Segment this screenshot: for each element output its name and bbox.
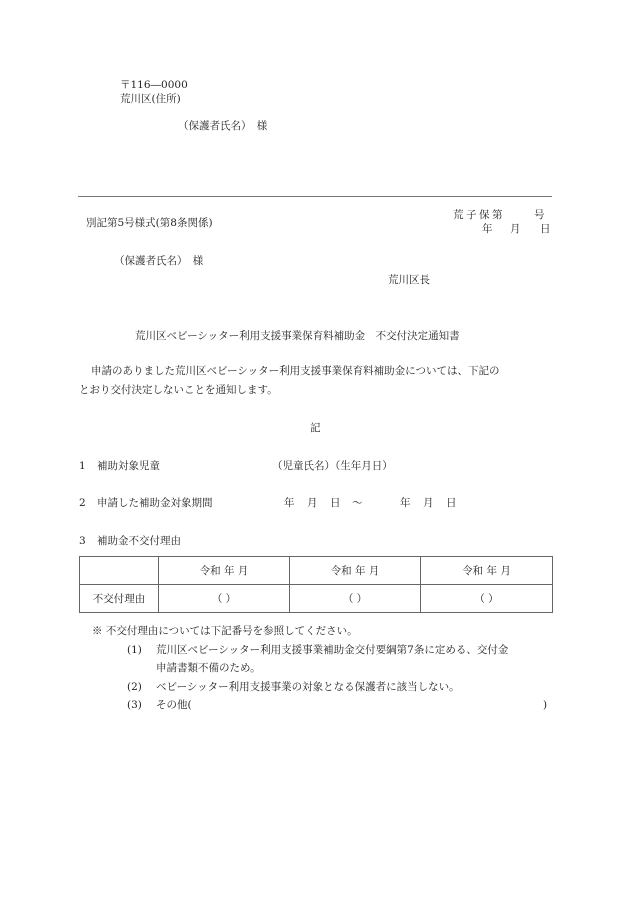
item-2-number: 2 xyxy=(79,496,86,510)
body-line-1: 申請のありました荒川区ベビーシッター利用支援事業保育料補助金については、下記の xyxy=(91,364,499,378)
note-2-text: ベビーシッター利用支援事業の対象となる保護者に該当しない。 xyxy=(156,680,460,694)
item-2-label: 申請した補助金対象期間 xyxy=(97,496,213,510)
table-cell: （ ） xyxy=(159,585,290,613)
postal-code: 〒116―0000 xyxy=(120,78,188,92)
document-number: 荒子保第号 xyxy=(453,208,545,222)
issue-date: 年月日 xyxy=(482,222,551,236)
note-1-number: (1) xyxy=(127,643,142,657)
note-3-number: (3) xyxy=(127,698,142,712)
table-header-cell: 令和 年 月 xyxy=(290,557,421,585)
cut-line-divider xyxy=(78,196,552,197)
form-label: 別記第5号様式(第8条関係) xyxy=(86,216,213,230)
recipient-name: （保護者氏名） 様 xyxy=(178,119,267,133)
addressee-name: （保護者氏名） 様 xyxy=(114,254,203,268)
table-cell: （ ） xyxy=(290,585,421,613)
note-1-line-2: 申請書類不備のため。 xyxy=(156,661,261,675)
period-from: 年月日～ xyxy=(284,496,363,510)
note-1-line-1: 荒川区ベビーシッター利用支援事業補助金交付要綱第7条に定める、交付金 xyxy=(156,643,508,657)
period-to: 年月日 xyxy=(400,496,457,510)
note-2-number: (2) xyxy=(127,680,142,694)
item-1-label: 補助対象児童 xyxy=(97,459,160,473)
table-header-row: 令和 年 月 令和 年 月 令和 年 月 xyxy=(80,557,553,585)
item-1-number: 1 xyxy=(79,459,86,473)
body-line-2: とおり交付決定しないことを通知します。 xyxy=(79,383,278,397)
table-row: 不交付理由 （ ） （ ） （ ） xyxy=(80,585,553,613)
issuer: 荒川区長 xyxy=(388,273,430,287)
notes-intro: ※ 不交付理由については下記番号を参照してください。 xyxy=(92,624,358,638)
table-header-cell: 令和 年 月 xyxy=(159,557,290,585)
table-cell: （ ） xyxy=(421,585,553,613)
table-header-cell xyxy=(80,557,159,585)
table-row-label: 不交付理由 xyxy=(80,585,159,613)
item-3-number: 3 xyxy=(79,534,86,548)
reason-table: 令和 年 月 令和 年 月 令和 年 月 不交付理由 （ ） （ ） （ ） xyxy=(79,556,553,613)
ki-heading: 記 xyxy=(310,421,321,435)
item-1-value: （児童氏名）（生年月日） xyxy=(272,459,393,473)
note-3-close-paren: ) xyxy=(543,698,547,712)
note-3-text: その他( xyxy=(156,698,192,712)
recipient-address: 荒川区(住所) xyxy=(120,92,181,106)
document-title: 荒川区ベビーシッター利用支援事業保育料補助金 不交付決定通知書 xyxy=(135,329,460,343)
item-3-label: 補助金不交付理由 xyxy=(97,534,181,548)
table-header-cell: 令和 年 月 xyxy=(421,557,553,585)
